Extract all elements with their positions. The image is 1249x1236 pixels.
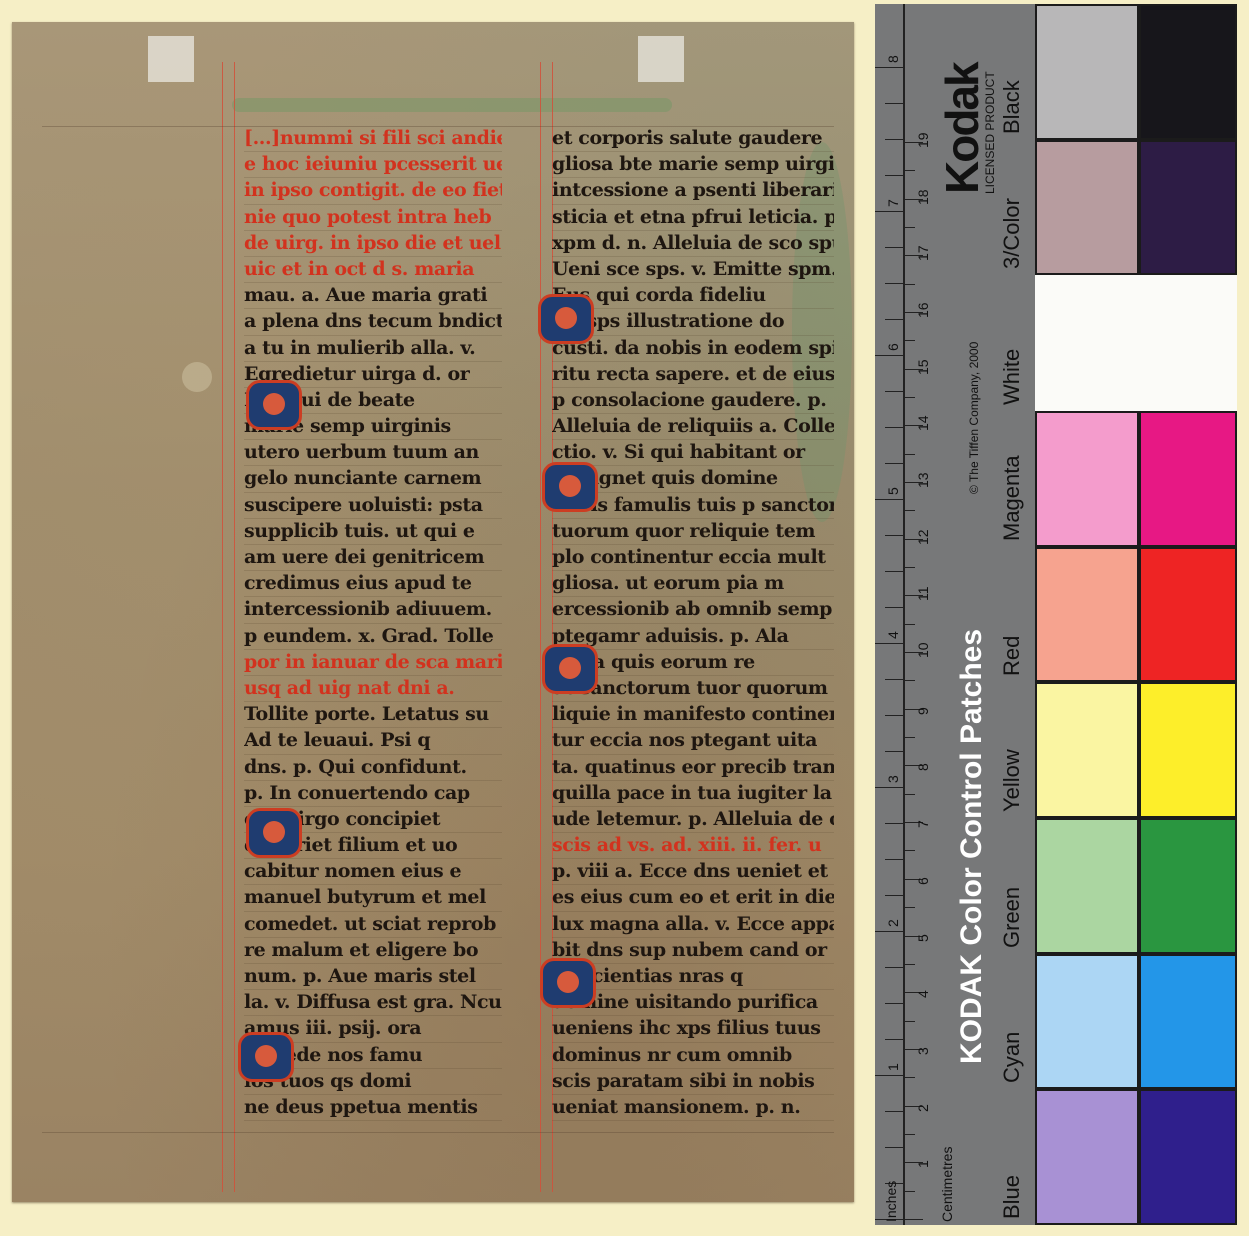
manuscript-line: ptegamr aduisis. p. Ala <box>552 624 834 650</box>
initial-letter-e <box>246 808 302 858</box>
manuscript-line: lux magna alla. v. Ecce apparet <box>552 912 834 938</box>
cm-tick-label: 17 <box>915 246 931 262</box>
inch-tick <box>875 499 903 500</box>
patch-red-light <box>1035 547 1139 683</box>
centimetres-label: Centimetres <box>939 1147 955 1222</box>
inch-tick <box>875 787 903 788</box>
inch-tick <box>885 751 903 752</box>
patch-label: Cyan <box>999 1032 1025 1083</box>
inch-tick <box>885 1147 903 1148</box>
manuscript-line: plo continentur eccia mult <box>552 545 834 571</box>
patch-yellow-light <box>1035 682 1139 818</box>
inch-tick <box>875 643 903 644</box>
manuscript-line: ueniat mansionem. p. n. <box>552 1095 834 1121</box>
cm-tick <box>905 1191 915 1192</box>
patch-black-light <box>1035 4 1139 140</box>
inch-tick-label: 8 <box>885 55 901 63</box>
manuscript-line: uic et in oct d s. maria <box>244 257 502 283</box>
manuscript-line: usq ad uig nat dni a. <box>244 676 502 702</box>
inch-tick-label: 6 <box>885 343 901 351</box>
ruling-line <box>42 1132 834 1133</box>
cm-tick-label: 13 <box>915 472 931 488</box>
inch-tick <box>885 175 903 176</box>
manuscript-line: por in ianuar de sca maria <box>244 650 502 676</box>
manuscript-line: tuorum quor reliquie tem <box>552 519 834 545</box>
patch-magenta-light <box>1035 411 1139 547</box>
patch-black-dark <box>1139 4 1237 140</box>
cm-tick <box>905 227 915 228</box>
initial-letter-p <box>542 644 598 694</box>
target-title: KODAK Color Control Patches <box>955 629 989 1064</box>
manuscript-line: scis ad vs. ad. xiii. ii. fer. u <box>552 833 834 859</box>
inch-tick <box>875 67 903 68</box>
inch-tick <box>885 535 903 536</box>
manuscript-leaf: [...]nummi si fili sci andiee hoc ieiuni… <box>12 22 854 1202</box>
manuscript-line: [...]nummi si fili sci andie <box>244 126 502 152</box>
inch-tick <box>875 211 903 212</box>
patch-3-color-dark <box>1139 140 1237 276</box>
patch-blue-dark <box>1139 1089 1237 1225</box>
patch-blue-light <box>1035 1089 1139 1225</box>
cm-tick <box>905 340 915 341</box>
manuscript-line: utero uerbum tuum an <box>244 440 502 466</box>
manuscript-line: Tollite porte. Letatus su <box>244 702 502 728</box>
patch-white <box>1035 275 1237 411</box>
cm-tick <box>905 737 915 738</box>
manuscript-line: gliosa bte marie semp uirgi <box>552 152 834 178</box>
inch-tick <box>885 1039 903 1040</box>
manuscript-line: xpm d. n. Alleluia de sco spu fe. <box>552 231 834 257</box>
patch-label: Blue <box>999 1175 1025 1219</box>
inch-tick <box>885 463 903 464</box>
inch-tick-label: 1 <box>885 1063 901 1071</box>
copyright-label: © The Tiffen Company, 2000 <box>967 342 981 494</box>
patch-label: Black <box>999 80 1025 134</box>
initial-letter-c <box>238 1032 294 1082</box>
manuscript-line: comedet. ut sciat reprob <box>244 912 502 938</box>
patch-green-light <box>1035 818 1139 954</box>
patch-label: Magenta <box>999 455 1025 541</box>
cm-tick <box>905 1134 915 1135</box>
manuscript-line: scis paratam sibi in nobis <box>552 1069 834 1095</box>
manuscript-line: manuel butyrum et mel <box>244 885 502 911</box>
initial-letter-d <box>246 380 302 430</box>
initial-letter-d <box>538 294 594 344</box>
cm-tick-label: 5 <box>915 934 931 942</box>
manuscript-line: e hoc ieiuniu pcesserit uel <box>244 152 502 178</box>
cm-tick-label: 10 <box>915 642 931 658</box>
manuscript-line: dns. p. Qui confidunt. <box>244 755 502 781</box>
ruling-line <box>234 62 235 1192</box>
inch-tick <box>885 571 903 572</box>
text-column-left: [...]nummi si fili sci andiee hoc ieiuni… <box>244 126 502 1121</box>
manuscript-line: ctio. v. Si qui habitant or <box>552 440 834 466</box>
light-spot <box>182 362 212 392</box>
ruling-line <box>540 62 541 1192</box>
manuscript-line: am uere dei genitricem <box>244 545 502 571</box>
manuscript-line: p eundem. x. Grad. Tolle <box>244 624 502 650</box>
cm-tick <box>905 964 915 965</box>
cm-tick-label: 7 <box>915 820 931 828</box>
inch-tick-label: 2 <box>885 919 901 927</box>
manuscript-line: a plena dns tecum bndict <box>244 309 502 335</box>
inch-tick-label: 3 <box>885 775 901 783</box>
cm-tick <box>905 170 915 171</box>
patch-label: Red <box>999 636 1025 676</box>
manuscript-line: p consolacione gaudere. p. <box>552 388 834 414</box>
inch-tick <box>885 319 903 320</box>
manuscript-line: ritu recta sapere. et de eius se <box>552 362 834 388</box>
manuscript-line: re malum et eligere bo <box>244 938 502 964</box>
kodak-color-target: 1234567812345678910111213141516171819 In… <box>875 4 1237 1225</box>
cm-tick-label: 8 <box>915 764 931 772</box>
patch-label: 3/Color <box>999 198 1025 269</box>
manuscript-line: mau. a. Aue maria grati <box>244 283 502 309</box>
manuscript-line: intcessione a psenti liberari tri <box>552 178 834 204</box>
cm-tick-label: 12 <box>915 529 931 545</box>
inch-tick <box>885 139 903 140</box>
patch-label: Green <box>999 887 1025 948</box>
manuscript-line: supplicib tuis. ut qui e <box>244 519 502 545</box>
manuscript-line: cabitur nomen eius e <box>244 859 502 885</box>
inch-tick <box>885 679 903 680</box>
manuscript-line: a tu in mulierib alla. v. <box>244 336 502 362</box>
patch-label: Yellow <box>999 749 1025 812</box>
inch-tick <box>885 859 903 860</box>
cm-tick <box>905 567 915 568</box>
cm-tick-label: 14 <box>915 416 931 432</box>
inches-label: Inches <box>883 1181 899 1222</box>
cm-tick <box>905 284 915 285</box>
inch-tick <box>885 607 903 608</box>
inch-tick <box>885 823 903 824</box>
patch-magenta-dark <box>1139 411 1237 547</box>
patch-cyan-dark <box>1139 954 1237 1090</box>
manuscript-line: intercessionib adiuuem. <box>244 597 502 623</box>
cm-tick <box>905 454 915 455</box>
manuscript-line: tur eccia nos ptegant uita <box>552 728 834 754</box>
cm-tick <box>905 397 915 398</box>
inch-tick-label: 5 <box>885 487 901 495</box>
patch-label: White <box>999 349 1025 405</box>
manuscript-line: sticia et etna pfrui leticia. p <box>552 205 834 231</box>
inch-tick-label: 4 <box>885 631 901 639</box>
green-stain <box>232 98 672 112</box>
manuscript-line: suscipere uoluisti: psta <box>244 493 502 519</box>
cm-tick-label: 18 <box>915 189 931 205</box>
cm-tick-label: 16 <box>915 302 931 318</box>
manuscript-line: Ad te leuaui. Psi q <box>244 728 502 754</box>
inch-tick <box>885 715 903 716</box>
manuscript-line: ueniens ihc xps filius tuus <box>552 1016 834 1042</box>
manuscript-line: p. In conuertendo cap <box>244 781 502 807</box>
initial-letter-p <box>542 462 598 512</box>
patch-yellow-dark <box>1139 682 1237 818</box>
manuscript-line: bit dns sup nubem cand or <box>552 938 834 964</box>
inch-tick <box>885 391 903 392</box>
manuscript-line: gliosa. ut eorum pia m <box>552 571 834 597</box>
ruling-line <box>222 62 223 1192</box>
manuscript-line: credimus eius apud te <box>244 571 502 597</box>
inch-tick <box>885 1111 903 1112</box>
cm-tick-label: 11 <box>915 587 931 602</box>
manuscript-line: p. viii a. Ecce dns ueniet et os <box>552 859 834 885</box>
manuscript-line: ne deus ppetua mentis <box>244 1095 502 1121</box>
inch-tick-label: 7 <box>885 199 901 207</box>
inch-tick <box>875 1075 903 1076</box>
cm-tick-label: 15 <box>915 359 931 375</box>
cm-tick-label: 2 <box>915 1104 931 1112</box>
patch-green-dark <box>1139 818 1237 954</box>
cm-tick-label: 3 <box>915 1047 931 1055</box>
cm-tick-label: 19 <box>915 132 931 148</box>
inch-tick <box>885 247 903 248</box>
licensed-product-label: LICENSED PRODUCT <box>983 71 997 194</box>
manuscript-line: quilla pace in tua iugiter la <box>552 781 834 807</box>
inch-tick <box>875 355 903 356</box>
manuscript-line: liquie in manifesto continen <box>552 702 834 728</box>
cm-tick <box>905 624 915 625</box>
patch-red-dark <box>1139 547 1237 683</box>
manuscript-line: dominus nr cum omnib <box>552 1043 834 1069</box>
manuscript-line: gelo nunciante carnem <box>244 466 502 492</box>
manuscript-line: custi. da nobis in eodem spi <box>552 336 834 362</box>
cm-tick <box>905 1219 923 1220</box>
inch-tick <box>885 103 903 104</box>
cm-tick <box>905 850 915 851</box>
manuscript-line: es eius cum eo et erit in die illa <box>552 885 834 911</box>
manuscript-line: la. v. Diffusa est gra. Ncu <box>244 990 502 1016</box>
ruler-scale: 1234567812345678910111213141516171819 In… <box>875 4 1035 1225</box>
patch-3-color-light <box>1035 140 1139 276</box>
manuscript-line: num. p. Aue maris stel <box>244 964 502 990</box>
manuscript-line: ercessionib ab omnib semp <box>552 597 834 623</box>
manuscript-line: Ueni sce sps. v. Emitte spm. or <box>552 257 834 283</box>
inch-tick <box>885 283 903 284</box>
manuscript-line: Eus qui corda fideliu <box>552 283 834 309</box>
cm-tick <box>905 907 915 908</box>
inch-tick <box>885 895 903 896</box>
inch-tick <box>885 967 903 968</box>
cm-tick-label: 4 <box>915 990 931 998</box>
mounting-tape-left <box>148 36 194 82</box>
inch-tick <box>875 931 903 932</box>
manuscript-line: de uirg. in ipso die et uel <box>244 231 502 257</box>
manuscript-line: nie quo potest intra heb <box>244 205 502 231</box>
cm-tick-label: 6 <box>915 877 931 885</box>
manuscript-line: ta. quatinus eor precib tran <box>552 755 834 781</box>
kodak-logo: Kodak <box>935 63 989 194</box>
cm-tick <box>905 794 915 795</box>
cm-tick <box>905 1077 915 1078</box>
manuscript-line: ude letemur. p. Alleluia de oib <box>552 807 834 833</box>
cm-tick <box>905 1021 915 1022</box>
inch-tick <box>885 1003 903 1004</box>
ruler-line <box>903 4 905 1225</box>
patch-cyan-light <box>1035 954 1139 1090</box>
inch-tick <box>885 427 903 428</box>
cm-tick <box>905 680 915 681</box>
initial-letter-c <box>540 958 596 1008</box>
cm-tick <box>905 510 915 511</box>
manuscript-line: et corporis salute gaudere <box>552 126 834 152</box>
manuscript-line: sci sps illustratione do <box>552 309 834 335</box>
cm-tick-label: 9 <box>915 707 931 715</box>
cm-tick-label: 1 <box>915 1161 931 1169</box>
mounting-tape-right <box>638 36 684 82</box>
manuscript-line: Alleluia de reliquiis a. Colle <box>552 414 834 440</box>
manuscript-line: in ipso contigit. de eo fiet <box>244 178 502 204</box>
